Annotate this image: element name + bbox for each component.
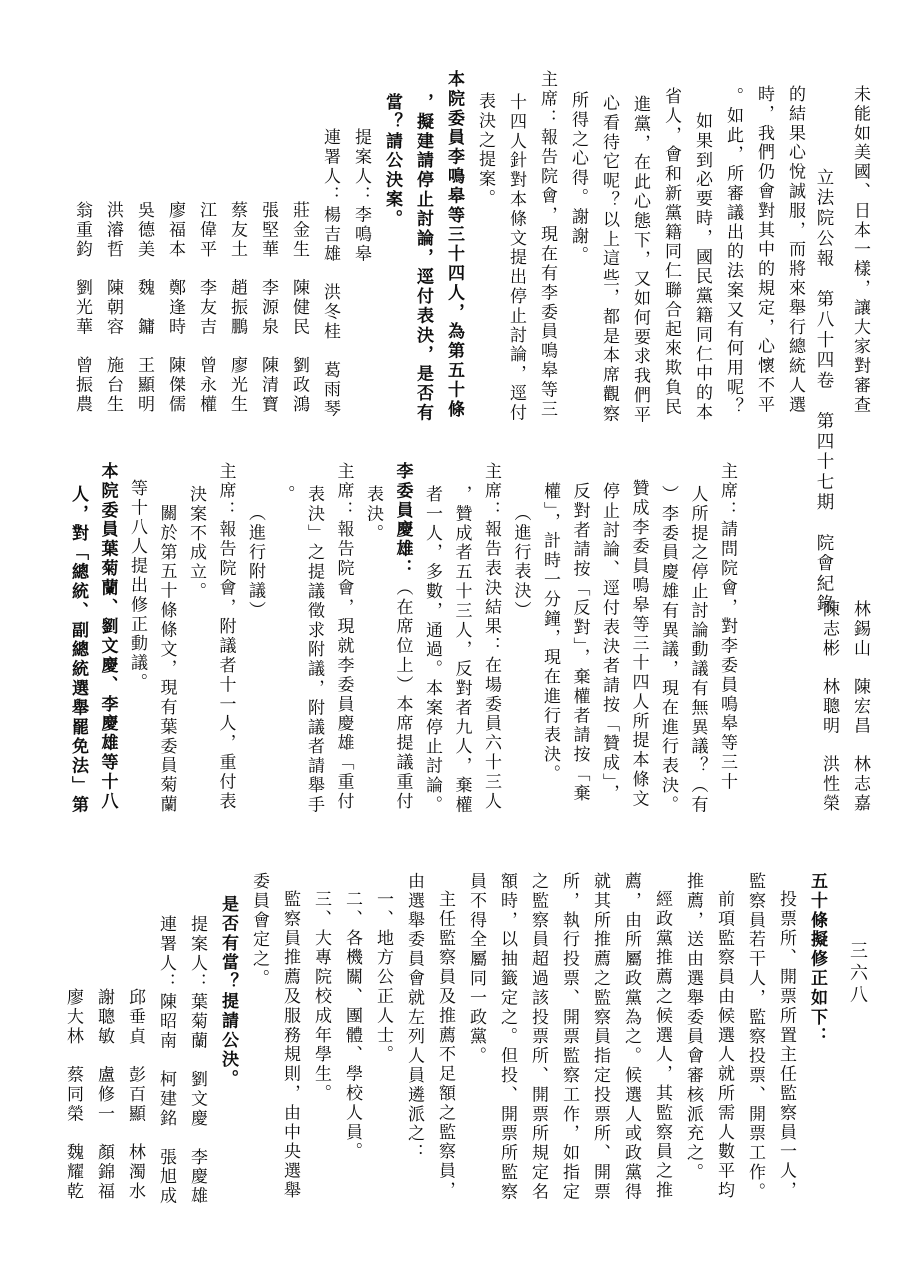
text-column: 翁重鈞 劉光華 曾振農 — [66, 70, 97, 424]
text-column: 表決。 — [358, 462, 388, 820]
text-column: 委員會定之。 — [243, 870, 274, 1234]
text-column: 主席：報告院會，現在有李委員鳴皋等三 — [531, 70, 562, 424]
text-column: 主席：報告院會，附議者十一人，重付表 — [210, 462, 240, 820]
text-column: 提案人：葉菊蘭 劉文慶 李慶雄 — [181, 870, 212, 1234]
text-column: 的結果心悅誠服，而將來舉行總統人選 — [779, 70, 810, 424]
text-column: 由選舉委員會就左列人員遴派之： — [398, 870, 429, 1234]
text-column: 提案人：李鳴皋 — [345, 70, 376, 424]
text-column: 主席：請問院會，對李委員鳴皋等三十 — [712, 462, 742, 820]
text-column: 本院委員葉菊蘭、劉文慶、李慶雄等十八 — [92, 462, 122, 820]
text-column: 人，對「總統、副總統選舉罷免法」第 — [63, 462, 93, 820]
text-column: 者一人，多數，通過。本案停止討論。 — [417, 462, 447, 820]
text-column: 反對者請按「反對」，棄權者請按「棄 — [564, 462, 594, 820]
text-column: 一、地方公正人士。 — [367, 870, 398, 1234]
text-column: 經政黨推薦之候選人，其監察員之推 — [646, 870, 677, 1234]
text-column: 廖福本 鄭逢時 陳傑儒 — [159, 70, 190, 424]
text-column: 廖大林 蔡同榮 魏耀乾 — [57, 870, 88, 1234]
text-column: 員不得全屬同一政黨。 — [460, 870, 491, 1234]
text-column: 謝聰敏 盧修一 顏錦福 — [88, 870, 119, 1234]
text-column: 所得之心得。謝謝。 — [562, 70, 593, 424]
text-column: 權」，計時一分鐘，現在進行表決。 — [535, 462, 565, 820]
text-column: 決案不成立。 — [181, 462, 211, 820]
text-column: 主席：報告表決結果：在場委員六十三人 — [476, 462, 506, 820]
text-column: 林錫山 陳宏昌 林志嘉 — [844, 462, 875, 820]
text-column: 。如此，所審議出的法案又有何用呢？ — [717, 70, 748, 424]
page-number: 三六八 — [844, 941, 870, 1007]
text-column: 監察員推薦及服務規則，由中央選舉 — [274, 870, 305, 1234]
text-column: 。 — [269, 462, 299, 820]
text-column: 表決」之提議徵求附議，附議者請舉手 — [299, 462, 329, 820]
text-column: 心看待它呢？以上這些，都是本席觀察 — [593, 70, 624, 424]
column-gap — [810, 70, 844, 80]
text-column: 二、各機關、團體、學校人員。 — [336, 870, 367, 1234]
text-column: 關於第五十條條文，現有葉委員菊蘭 — [151, 462, 181, 820]
text-column: 所，執行投票、開票監察工作，如指定 — [553, 870, 584, 1234]
text-column: 邱垂貞 彭百顯 林濁水 — [119, 870, 150, 1234]
text-column: （進行表決） — [505, 462, 535, 820]
text-column: 省人，會和新黨籍同仁聯合起來欺負民 — [655, 70, 686, 424]
text-column: 未能如美國、日本一樣，讓大家對審查 — [844, 70, 875, 424]
text-column: 等十八人提出修正動議。 — [122, 462, 152, 820]
text-column: 贊成李委員鳴皋等三十四人所提本條文 — [623, 462, 653, 820]
text-column: 前項監察員由候選人就所需人數平均 — [708, 870, 739, 1234]
text-column: 表決之提案。 — [469, 70, 500, 424]
text-column: 五十條擬修正如下： — [801, 870, 832, 1234]
text-column: 時，我們仍會對其中的規定，心懷不平 — [748, 70, 779, 424]
text-column: 監察員若干人，監察投票、開票工作。 — [739, 870, 770, 1234]
text-column: ，贊成者五十三人，反對者九人，棄權 — [446, 462, 476, 820]
text-column: 進黨，在此心態下，又如何要求我們平 — [624, 70, 655, 424]
text-column: 就其所推薦之監察員指定投票所、開票 — [584, 870, 615, 1234]
text-column: 十四人針對本條文提出停止討論，逕付 — [500, 70, 531, 424]
text-column: 薦，由所屬政黨為之。候選人或政黨得 — [615, 870, 646, 1234]
register-middle: 林錫山 陳宏昌 林志嘉陳志彬 林聰明 洪性榮主席：請問院會，對李委員鳴皋等三十人… — [55, 462, 875, 820]
gazette-page: 立法院公報 第八十四卷 第四十七期 院會紀錄 三六八 未能如美國、日本一樣，讓大… — [0, 0, 908, 1280]
text-column: 停止討論、逕付表決者請按「贊成」， — [594, 462, 624, 820]
text-column: ）李委員慶雄有異議，現在進行表決。 — [653, 462, 683, 820]
text-column: 張堅華 李源泉 陳清寶 — [252, 70, 283, 424]
text-column: ，擬建請停止討論，逕付表決，是否有 — [407, 70, 438, 424]
text-column: 投票所、開票所置主任監察員一人， — [770, 870, 801, 1234]
text-column: 之監察員超過該投票所、開票所規定名 — [522, 870, 553, 1234]
text-column: 當？請公決案。 — [376, 70, 407, 424]
text-column: 主任監察員及推薦不足額之監察員， — [429, 870, 460, 1234]
text-column: 如果到必要時，國民黨籍同仁中的本 — [686, 70, 717, 424]
text-column: 莊金生 陳健民 劉政鴻 — [283, 70, 314, 424]
text-column: 蔡友土 趙振鵬 廖光生 — [221, 70, 252, 424]
text-column: 李委員慶雄：（在席位上）本席提議重付 — [387, 462, 417, 820]
text-column: 主席：報告院會，現就李委員慶雄「重付 — [328, 462, 358, 820]
text-column: 江偉平 李友吉 曾永權 — [190, 70, 221, 424]
text-column: 額時，以抽籤定之。但投、開票所監察 — [491, 870, 522, 1234]
text-column: 本院委員李鳴皋等三十四人，為第五十條 — [438, 70, 469, 424]
text-column: 連署人：楊吉雄 洪冬桂 葛雨琴 — [314, 70, 345, 424]
text-column: （進行附議） — [240, 462, 270, 820]
text-column: 人所提之停止討論動議有無異議？（有 — [682, 462, 712, 820]
register-bottom: 五十條擬修正如下：投票所、開票所置主任監察員一人，監察員若干人，監察投票、開票工… — [40, 870, 832, 1234]
register-top: 未能如美國、日本一樣，讓大家對審查的結果心悅誠服，而將來舉行總統人選時，我們仍會… — [55, 70, 875, 424]
text-column: 連署人：陳昭南 柯建銘 張旭成 — [150, 870, 181, 1234]
text-column: 吳德美 魏 鏞 王顯明 — [128, 70, 159, 424]
text-column: 是否有當？提請公決。 — [212, 870, 243, 1234]
text-column: 陳志彬 林聰明 洪性榮 — [813, 462, 844, 820]
text-column: 推薦，送由選舉委員會審核派充之。 — [677, 870, 708, 1234]
text-column: 三、大專院校成年學生。 — [305, 870, 336, 1234]
column-gap — [741, 462, 813, 472]
text-column: 洪濬哲 陳朝容 施台生 — [97, 70, 128, 424]
